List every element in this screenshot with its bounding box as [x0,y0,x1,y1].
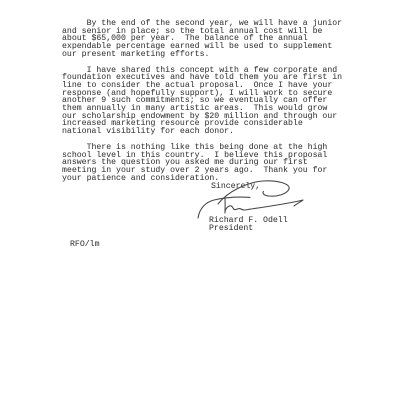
reference-initials: RFO/lm [70,241,99,249]
letter-paragraph-2: I have shared this concept with a few co… [62,67,362,136]
letter-paragraph-3: There is nothing like this being done at… [62,144,362,183]
letter-paragraph-1: By the end of the second year, we will h… [62,20,362,59]
scanned-letter-page: By the end of the second year, we will h… [0,0,400,400]
letter-body: By the end of the second year, we will h… [62,20,362,190]
signer-title: President [209,225,253,233]
